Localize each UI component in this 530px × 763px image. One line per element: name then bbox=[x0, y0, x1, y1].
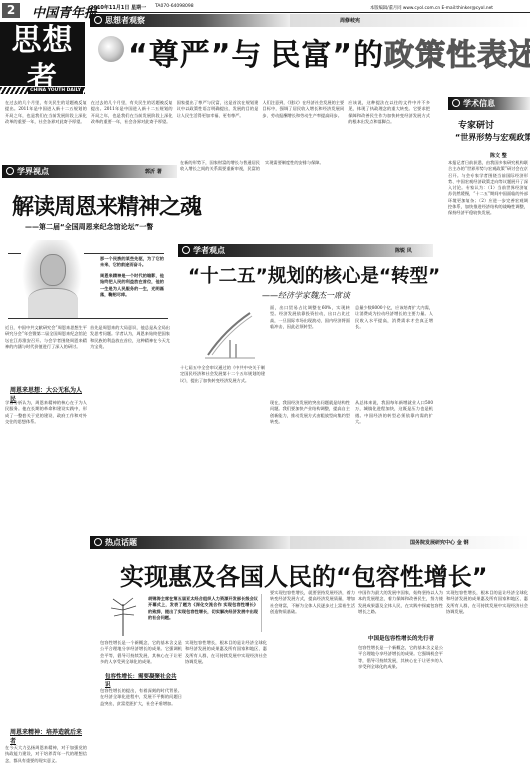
right-section-bar: 学术信息 bbox=[448, 97, 530, 110]
left-subhead-2: 周恩来精神：培养造就后来者 bbox=[10, 727, 85, 745]
left-body-2: 首先是周恩来的大局意识，他总是从全局出发思考问题。学者认为，周恩来始终把国家和民… bbox=[90, 325, 170, 525]
bottom-body-6: 实现包容性增长，根本目的是让经济全球化和经济发展的成果惠及所有国家和地区、惠及所… bbox=[446, 590, 528, 763]
pen-illustration bbox=[200, 310, 260, 360]
bottom-section-bar: 热点话题 bbox=[90, 536, 290, 549]
right-title-1: 专家研讨 bbox=[458, 118, 494, 131]
quote-2: 周恩来精神是一个时代的缩影，他始终把人民的利益放在首位，他的一生是为人民服务的一… bbox=[100, 273, 164, 315]
rule-right bbox=[84, 253, 164, 254]
left-bar-label: 学界视点 bbox=[17, 167, 49, 176]
lead-title: “尊严”与民富”的政策性表述 bbox=[128, 30, 530, 74]
right-author: 陈文 整 bbox=[490, 152, 507, 159]
intro-divider bbox=[261, 594, 262, 632]
center-bar-label: 学者观点 bbox=[193, 246, 225, 255]
bottom-body-1: 包容性增长的提出，有着深刻的时代背景。在经济全球化进程中，发展不平衡的问题日益突… bbox=[100, 688, 182, 763]
lead-column: 在过去的几个月里，有关民生的话题被反复提出。2011年是中国进入新十二五规划的开… bbox=[91, 100, 173, 158]
center-body-2: 现在，我国经济发展的突出问题就是结构性问题。我们要加快产业结构调整，提高自主创新… bbox=[270, 400, 350, 495]
bottom-subhead-1: 包容性增长：需要凝聚社会共识 bbox=[105, 672, 180, 688]
bottom-body-2: 实现包容性增长，根本目的是让经济全球化和经济发展的成果惠及所有国家和地区、惠及所… bbox=[185, 640, 267, 763]
section-icon bbox=[452, 99, 460, 107]
right-bar-label: 学术信息 bbox=[463, 99, 495, 108]
bottom-bar-label: 热点话题 bbox=[105, 538, 137, 547]
section-icon bbox=[182, 246, 190, 254]
portrait-face bbox=[40, 254, 66, 286]
date-line: 2010年11月1日 星期一 bbox=[90, 4, 146, 11]
section-icon bbox=[6, 167, 14, 175]
lead-column: 应该说，这种提法在以往的文件中并不多见，体现了执政理念的重大转变。它要求把保障和… bbox=[348, 100, 430, 158]
lead-column: 人们注意到，《建议》在经济社会发展的主要目标中，强调了居民收入增长和经济发展同步… bbox=[262, 100, 344, 158]
leaf-logo-icon bbox=[98, 36, 124, 62]
center-body-4: 从总体来说，我国每年新增就业人口500万，城镇化进程加快，这既是压力也是机遇。中… bbox=[355, 400, 433, 495]
center-title: “十二五”规划的核心是“转型” bbox=[188, 262, 440, 288]
center-author: 陈锐 风 bbox=[395, 247, 412, 254]
bottom-body-4: 中国作为最大的发展中国家，始终坚持以人为本的发展理念，着力保障和改善民生，努力使… bbox=[358, 590, 443, 630]
rule-left bbox=[8, 253, 21, 254]
plant-illustration bbox=[108, 596, 138, 636]
lead-column: 国家提出了尊严与民富，这是首次在规划建议中以政策性语言明确提出，发展的目的是让人… bbox=[177, 100, 259, 158]
left-author: 郭沂 著 bbox=[145, 168, 162, 175]
quote-1: 那一个民族的某些先驱，为了它的未来、它的前途而奋斗。 bbox=[100, 256, 164, 270]
left-body-1: 近日，中国中共文献研究会“周恩来思想生平研究分会”年会暨第二届全国周恩来纪念馆论… bbox=[5, 325, 87, 381]
bottom-body-0: 包容性增长是一个新概念，它的基本含义是公平合理地分享经济增长的成果。它强调机会平… bbox=[100, 640, 182, 670]
bottom-intro: 胡锦涛主席在第五届亚太经合组织人力资源开发部长级会议开幕式上，发表了题为《深化交… bbox=[148, 596, 258, 632]
section-icon bbox=[94, 538, 102, 546]
portrait-shoulders bbox=[28, 288, 78, 318]
tagline: CHINA YOUTH DAILY bbox=[28, 87, 83, 94]
right-title-2: “世界形势与宏观政策” bbox=[455, 132, 530, 143]
lead-column: 在过去的几个月里，有关民生的话题被反复提出。2011年是中国进入新十二五规划的开… bbox=[5, 100, 87, 158]
lead-bar-fade bbox=[290, 14, 530, 27]
section-icon bbox=[94, 16, 102, 24]
lead-column-extra: 在新的形势下，国家财富的增长与普通居民收入增长之间的关系需要重新审视，民富的实现… bbox=[180, 160, 430, 240]
lead-author: 周修岐宪 bbox=[340, 17, 360, 24]
center-subtitle: ——经济学家魏杰一席谈 bbox=[262, 290, 350, 301]
right-body: 本报记者日前获悉，由我国多家研究机构联合主办的“世界形势与宏观政策”研讨会在京召… bbox=[448, 160, 528, 490]
page-number: 2 bbox=[2, 3, 20, 18]
bottom-author: 国务院发展研究中心 金 钢 bbox=[410, 539, 468, 546]
top-rule bbox=[88, 12, 530, 13]
lead-title-part3: 政策性表述 bbox=[384, 38, 530, 73]
lead-title-part2: 民富”的 bbox=[270, 38, 384, 73]
portrait-image bbox=[22, 240, 82, 318]
section-banner: 思想者 THINKERS bbox=[0, 22, 85, 86]
center-body-3: 总量少数8000个亿，应该培育扩大内需，让消费成为拉动经济增长的主要力量。人民收… bbox=[355, 305, 433, 400]
lead-title-part1: “尊严”与 bbox=[128, 38, 262, 73]
lead-body: 在过去的几个月里，有关民生的话题被反复提出。2011年是中国进入新十二五规划的开… bbox=[5, 100, 430, 158]
bottom-title: 实现惠及各国人民的“包容性增长” bbox=[120, 557, 488, 592]
center-body-0: 十七届五中全会审议通过的《中共中央关于制定国民经济和社会发展第十二个五年规划的建… bbox=[180, 365, 265, 495]
editor-line: 本版编辑/董月同 www.cyol.com.cn E-mail:thinker@… bbox=[370, 5, 493, 11]
left-body-4: 在今天大力弘扬周恩来精神，对于加强党的执政能力建设，对于培养青年一代的理想信念，… bbox=[5, 745, 87, 763]
tagline-bar: CHINA YOUTH DAILY bbox=[0, 87, 85, 94]
bottom-body-5: 包容性增长是一个新概念，它的基本含义是公平合理地分享经济增长的成果。它强调机会平… bbox=[358, 645, 443, 763]
bottom-body-3: 要实现包容性增长，就要坚持发展经济，着力转变经济发展方式，提高经济发展质量，增加… bbox=[270, 590, 355, 763]
left-subtitle: ——第二届“全国周恩来纪念馆论坛”一瞥 bbox=[25, 222, 153, 232]
lead-bar-label: 思想者观察 bbox=[105, 16, 145, 25]
lead-section-bar: 思想者观察 bbox=[90, 14, 290, 27]
issue-number: TA070-64098098 bbox=[155, 4, 194, 9]
left-title: 解读周恩来精神之魂 bbox=[12, 190, 201, 221]
rule-bottom bbox=[8, 318, 168, 319]
left-body-3: 学者分析认为，周恩来精神的核心在于为人民服务。他在长期的革命和建设实践中，形成了… bbox=[5, 400, 87, 690]
bottom-subhead-2: 中国是包容性增长的先行者 bbox=[368, 634, 443, 642]
